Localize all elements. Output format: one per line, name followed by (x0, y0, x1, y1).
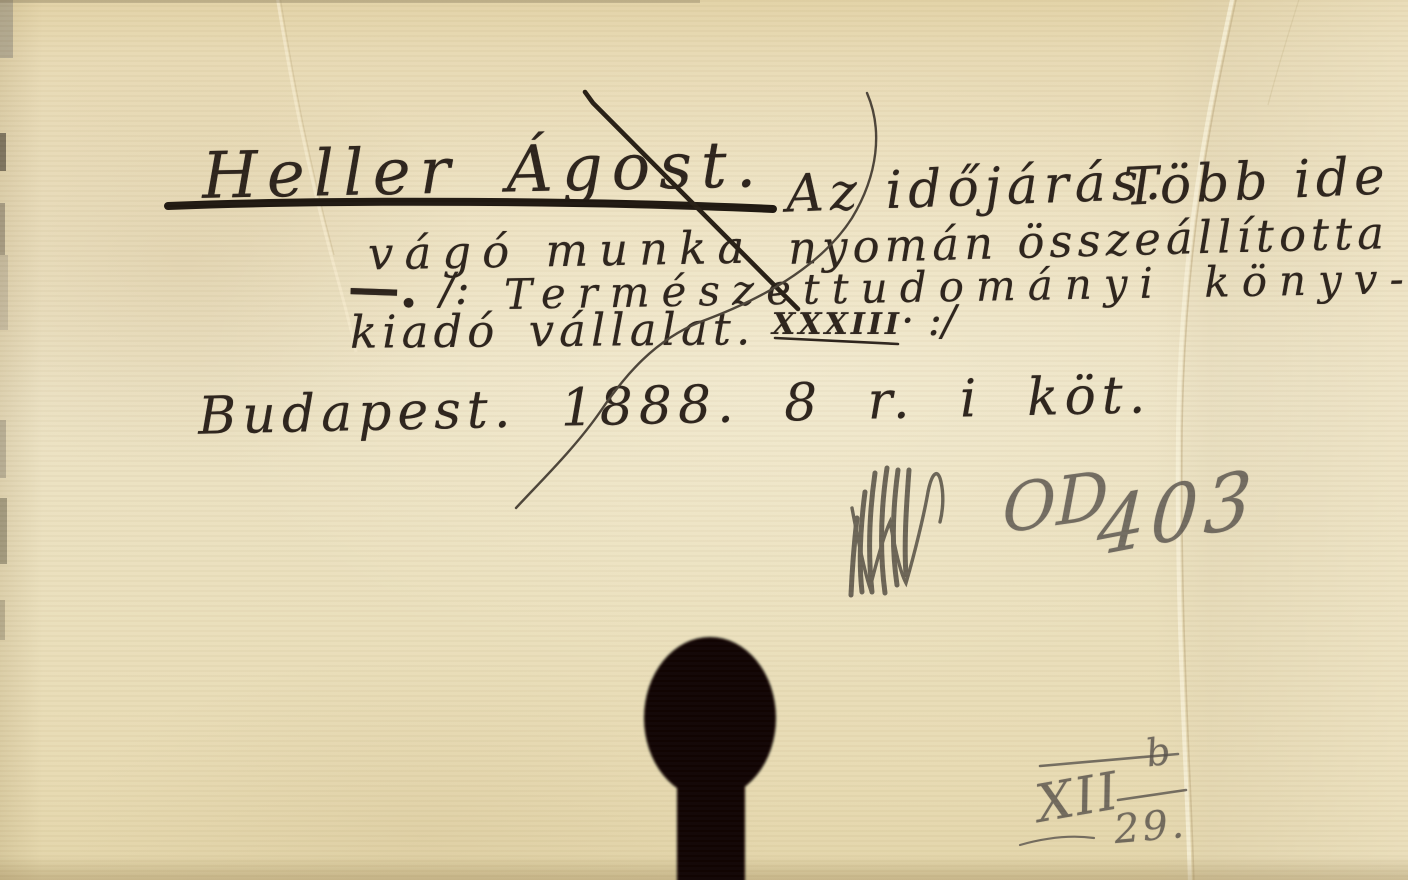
pencil-scribble (851, 468, 943, 595)
bottom-fraction-numerator: b (1143, 729, 1173, 776)
series-line2: kiadó vállalat. (350, 302, 756, 359)
bottom-shadow (0, 856, 1408, 880)
bottom-roman-numeral: XII (1031, 761, 1124, 835)
series-close-mark: · :/ (901, 296, 956, 345)
shelfmark-number: 403 (1095, 451, 1260, 574)
crease-right (1178, 0, 1233, 880)
crease-top-right (1268, 0, 1300, 105)
imprint-line: Budapest. 1888. 8 r. i köt. (197, 365, 1151, 447)
fraction-bar (1118, 790, 1186, 800)
shelfmark-prefix: OD (1003, 456, 1109, 549)
punch-hole (644, 637, 776, 880)
author-heading: Heller Ágost. (201, 128, 765, 214)
bottom-fraction-denominator: 29. (1112, 801, 1188, 853)
catalog-card-scan: Heller Ágost. Az időjárás. Több ide vágó… (0, 0, 1408, 880)
series-volume-number: XXXIII (772, 307, 902, 342)
roman-underline-swoosh (1020, 837, 1094, 845)
